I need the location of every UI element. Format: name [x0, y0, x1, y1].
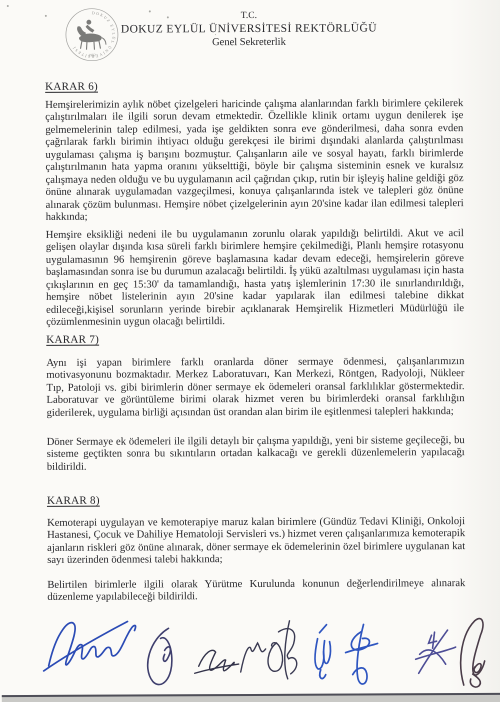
scan-edge	[2, 693, 500, 702]
signature	[240, 621, 296, 679]
karar-8-paragraph-2: Belirtilen birimlerle ilgili olarak Yürü…	[47, 578, 465, 605]
karar-7-paragraph-2: Döner Sermaye ek ödemeleri ile ilgili de…	[47, 435, 465, 474]
karar-8-paragraph-1: Kemoterapi uygulayan ve kemoterapiye mar…	[47, 516, 465, 568]
karar-7-heading: KARAR 7)	[46, 332, 464, 346]
karar-6-paragraph-1: Hemşirelerimizin aylık nöbet çizelgeleri…	[45, 98, 464, 224]
letterhead-office: Genel Sekreterlik	[0, 35, 499, 50]
signature	[416, 630, 456, 673]
signatures-row	[26, 607, 486, 701]
scan-speck	[7, 5, 9, 7]
scanned-sheet: DOKUZ EYLÜL ÜNİVERSİTESİ 1982 T.C. DOKUZ…	[0, 0, 500, 702]
signature	[195, 650, 239, 673]
signature	[148, 628, 172, 684]
karar-6-paragraph-2: Hemşire eksikliği nedeni ile bu uygulama…	[46, 228, 464, 329]
signature	[346, 624, 378, 684]
document-page: DOKUZ EYLÜL ÜNİVERSİTESİ 1982 T.C. DOKUZ…	[0, 0, 500, 702]
signature	[315, 625, 331, 679]
letterhead: T.C. DOKUZ EYLÜL ÜNİVERSİTESİ REKTÖRLÜĞÜ…	[0, 9, 499, 50]
karar-7-paragraph-1: Aynı işi yapan birimlere farklı oranlard…	[46, 356, 464, 420]
signature	[460, 619, 484, 688]
karar-6-heading: KARAR 6)	[45, 79, 463, 93]
signature	[43, 622, 135, 671]
svg-text:1982: 1982	[88, 53, 95, 57]
karar-8-heading: KARAR 8)	[47, 493, 465, 507]
